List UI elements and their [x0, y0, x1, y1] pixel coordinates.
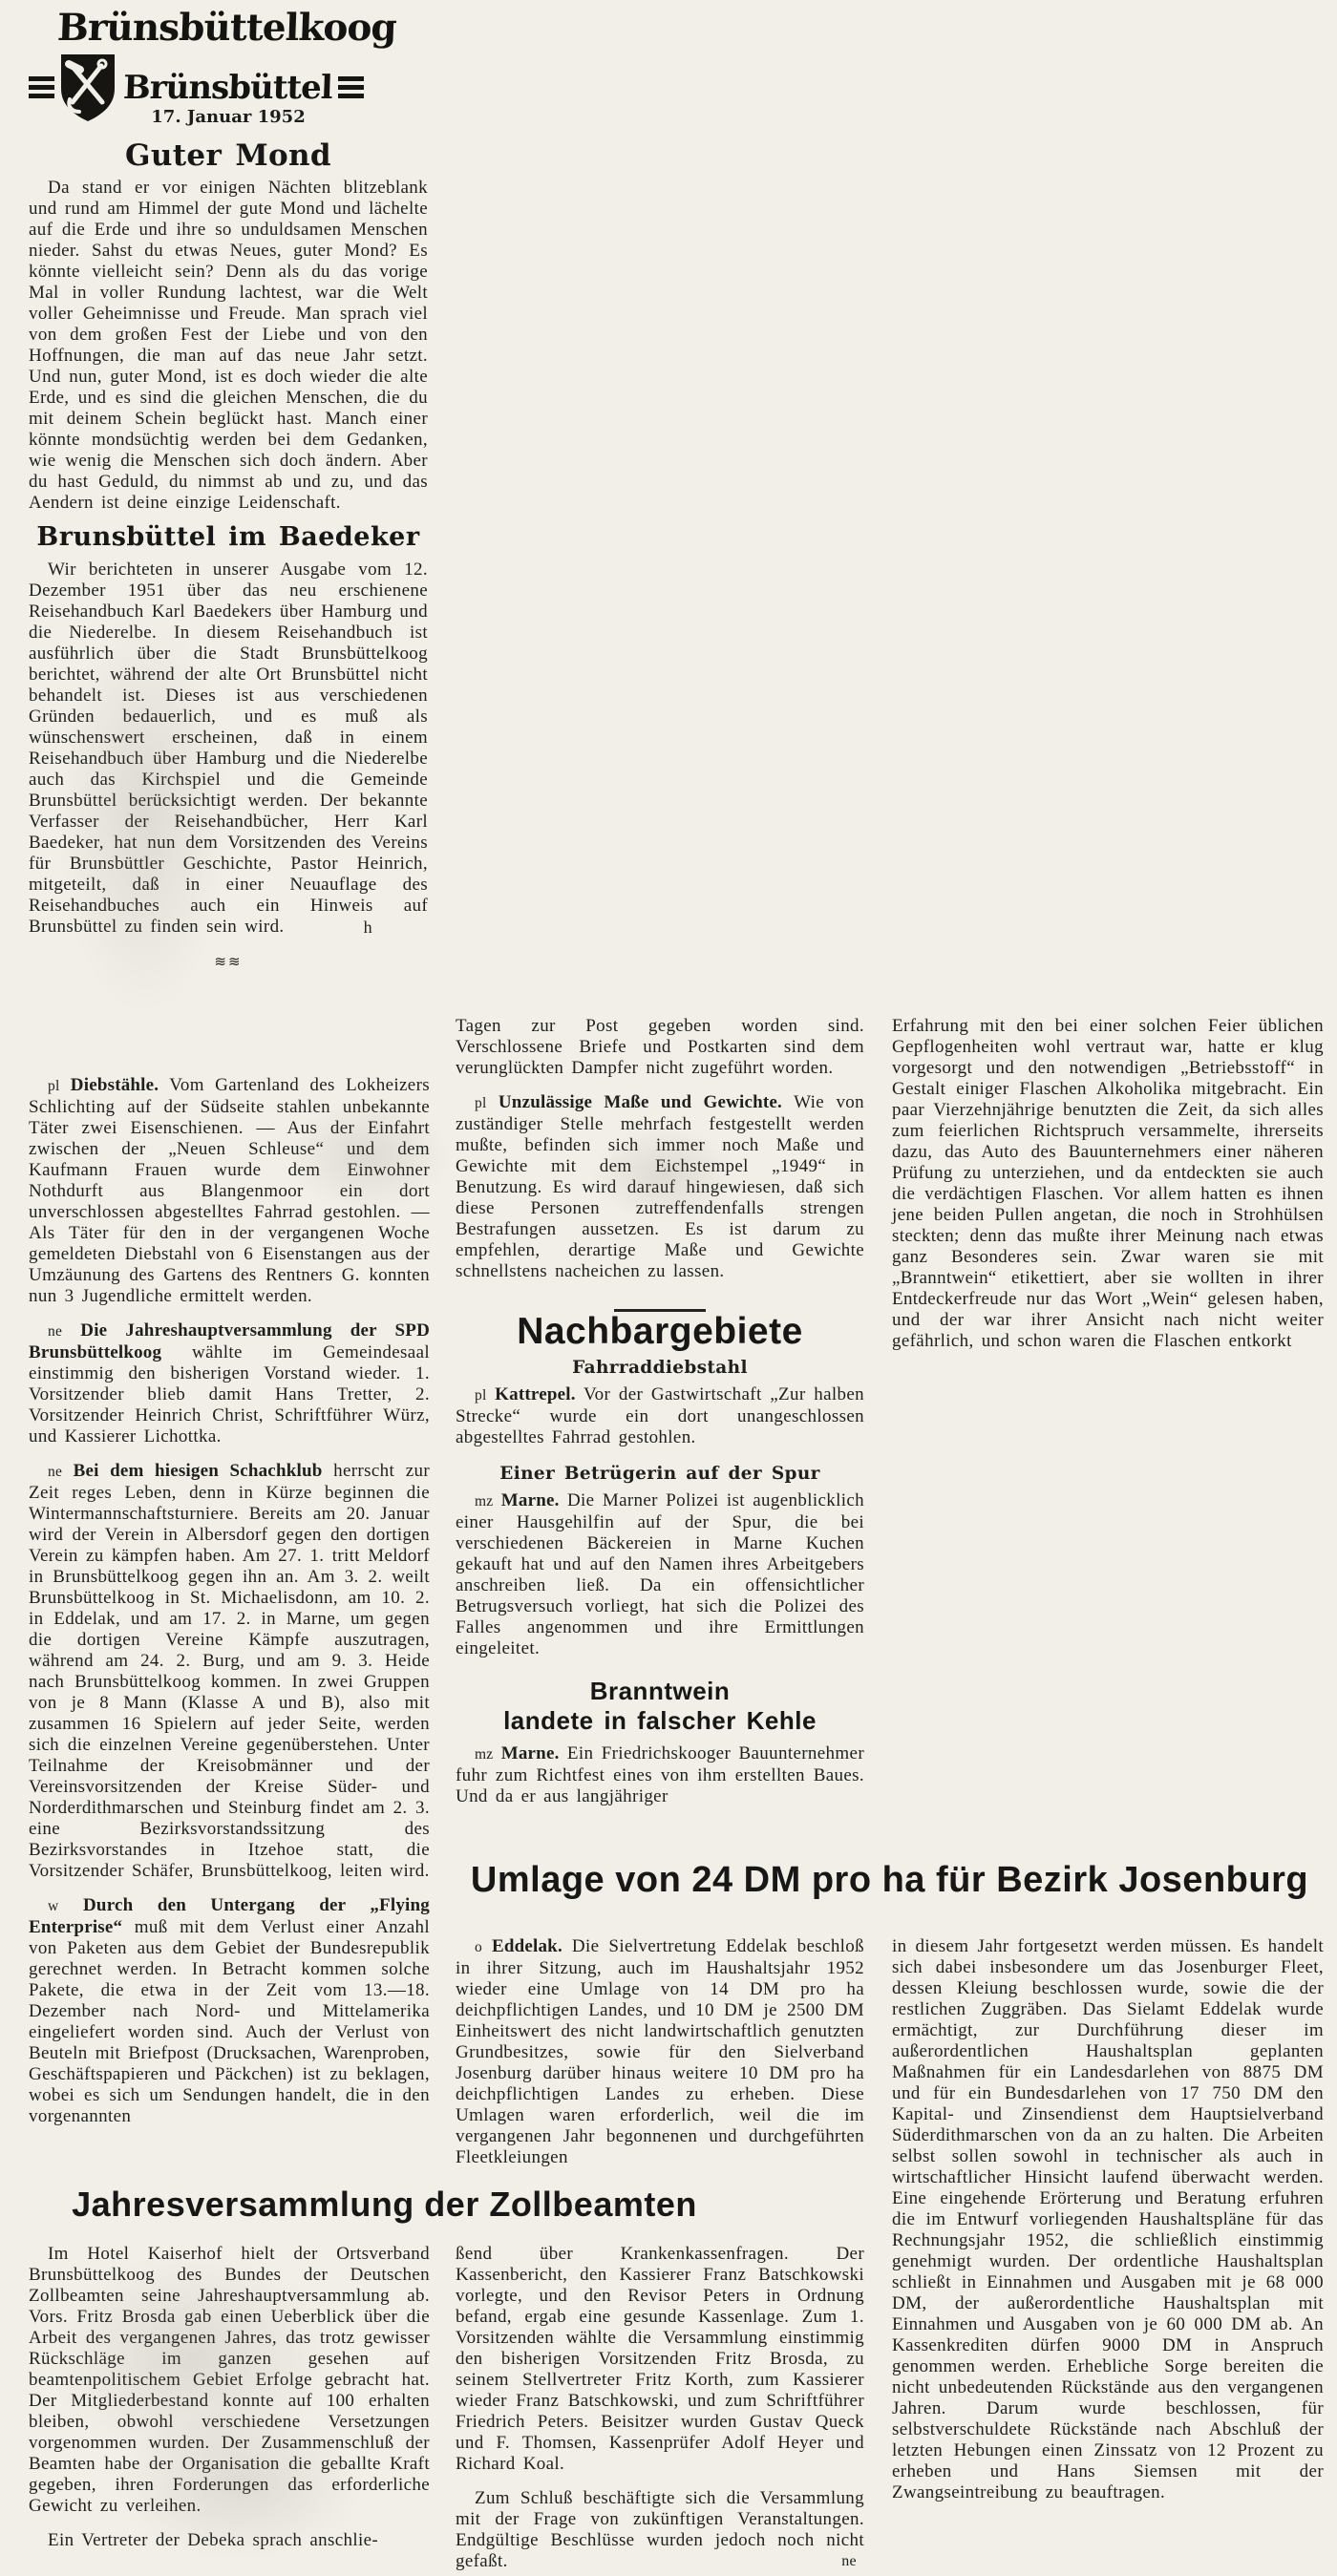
item-sigil: ne	[48, 1323, 62, 1340]
umlage-column-2: in diesem Jahr fortgesetzt werden müssen…	[892, 1936, 1324, 2503]
news-item-spd: ne Die Jahreshauptversammlung der SPD Br…	[29, 1320, 430, 1447]
item-sigil: o	[475, 1939, 482, 1955]
section-divider-squiggle: ≋≋	[29, 951, 428, 972]
section-title-nachbargebiete: Nachbargebiete	[456, 1321, 864, 1342]
news-item-masse-gewichte: pl Unzulässige Maße und Gewichte. Wie vo…	[456, 1092, 864, 1282]
item-sigil: pl	[48, 1078, 59, 1094]
article-body-guter-mond: Da stand er vor einigen Nächten blitzebl…	[29, 178, 428, 514]
left-column-top: Guter Mond Da stand er vor einigen Nächt…	[29, 132, 428, 972]
item-sigil: w	[48, 1898, 58, 1914]
news-item-eddelak: o Eddelak. Die Sielvertretung Eddelak be…	[456, 1936, 864, 2168]
news-item-diebstaehle: pl Diebstähle. Vom Gartenland des Lokhei…	[29, 1075, 430, 1307]
zollbeamten-paragraph-3: ßend über Krankenkassenfragen. Der Kasse…	[456, 2244, 864, 2475]
item-lead: Marne.	[501, 1490, 560, 1510]
item-sigil: mz	[475, 1746, 493, 1763]
news-item-flying-enterprise: w Durch den Untergang der „Flying Enterp…	[29, 1895, 430, 2127]
masthead-title-line1: Brünsbüttelkoog	[56, 6, 416, 50]
masthead-title-line2: Brünsbüttel	[122, 69, 332, 107]
newspaper-scan-page: { "masthead": { "title_line1": "Brünsbüt…	[0, 0, 1337, 2576]
item-sigil: mz	[475, 1493, 493, 1510]
issue-date: 17. Januar 1952	[29, 107, 428, 127]
zollbeamten-column-2: ßend über Krankenkassenfragen. Der Kasse…	[456, 2244, 864, 2572]
subhead-fahrraddiebstahl: Fahrraddiebstahl	[456, 1358, 864, 1379]
umlage-column-1: o Eddelak. Die Sielvertretung Eddelak be…	[456, 1936, 864, 2168]
zollbeamten-column-1: Im Hotel Kaiserhof hielt der Ortsverband…	[29, 2244, 430, 2551]
item-lead: Bei dem hiesigen Schachklub	[74, 1461, 323, 1481]
zollbeamten-paragraph-2: Ein Vertreter der Debeka sprach anschlie…	[29, 2530, 430, 2551]
news-item-marne-branntwein: mz Marne. Ein Friedrichskooger Bauuntern…	[456, 1743, 864, 1807]
news-item-schachklub: ne Bei dem hiesigen Schachklub herrscht …	[29, 1461, 430, 1882]
item-lead: Kattrepel.	[495, 1384, 576, 1404]
article-body-baedeker: Wir berichteten in unserer Ausgabe vom 1…	[29, 560, 428, 938]
article-title-guter-mond: Guter Mond	[29, 145, 428, 166]
article-title-baedeker: Brunsbüttel im Baedeker	[29, 527, 428, 548]
author-sigil: ne	[822, 2551, 857, 2572]
zollbeamten-paragraph-1: Im Hotel Kaiserhof hielt der Ortsverband…	[29, 2244, 430, 2517]
item-lead: Diebstähle.	[71, 1075, 159, 1095]
item-sigil: ne	[48, 1464, 62, 1480]
left-column-items: pl Diebstähle. Vom Gartenland des Lokhei…	[29, 1075, 430, 2127]
middle-column-top: Tagen zur Post gegeben worden sind. Vers…	[456, 1016, 864, 1807]
masthead-stripes-left	[29, 76, 54, 99]
item-lead: Eddelak.	[492, 1936, 562, 1956]
news-item-marne-betruegerin: mz Marne. Die Marner Polizei ist augenbl…	[456, 1490, 864, 1659]
item-sigil: pl	[475, 1387, 486, 1404]
masthead-stripes-right	[338, 76, 364, 99]
item-lead: Marne.	[501, 1743, 560, 1763]
article-title-umlage: Umlage von 24 DM pro ha für Bezirk Josen…	[456, 1860, 1324, 1901]
article-title-branntwein: Branntwein landete in falscher Kehle	[456, 1677, 864, 1736]
zollbeamten-paragraph-4: Zum Schluß beschäftigte sich die Versamm…	[456, 2488, 864, 2572]
item-sigil: pl	[475, 1095, 486, 1111]
right-column-top: Erfahrung mit den bei einer solchen Feie…	[892, 1016, 1324, 1352]
post-item-continuation: Tagen zur Post gegeben worden sind. Vers…	[456, 1016, 864, 1079]
branntwein-article-continuation: Erfahrung mit den bei einer solchen Feie…	[892, 1016, 1324, 1352]
item-lead: Unzulässige Maße und Gewichte.	[499, 1092, 782, 1112]
author-sigil: h	[345, 917, 372, 938]
news-item-kattrepel: pl Kattrepel. Vor der Gastwirtschaft „Zu…	[456, 1384, 864, 1448]
umlage-article-continuation: in diesem Jahr fortgesetzt werden müssen…	[892, 1936, 1324, 2503]
subhead-betruegerin: Einer Betrügerin auf der Spur	[456, 1464, 864, 1485]
article-title-zollbeamten: Jahresversammlung der Zollbeamten	[29, 2185, 740, 2225]
